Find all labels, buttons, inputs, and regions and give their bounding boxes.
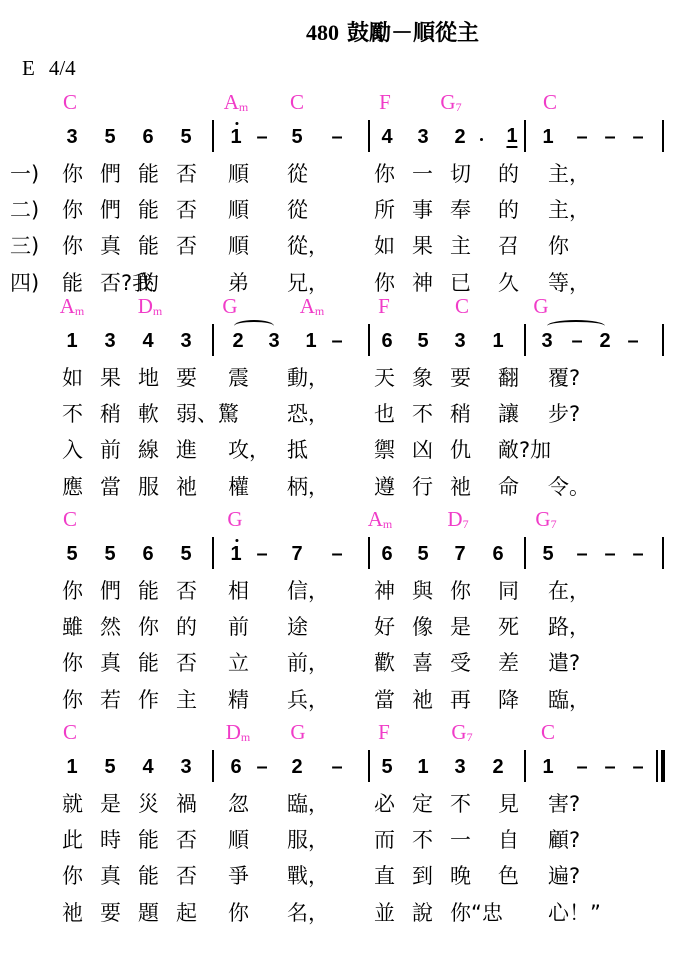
lyric-syllable: 祂 [176,475,197,499]
lyric-syllable: 能 [138,579,159,603]
lyric-syllable: 要 [450,366,471,390]
tie-arc [234,320,274,332]
note: 1 [506,126,517,148]
sustain-dash: – [331,330,342,352]
note: 3 [541,330,552,352]
lyric-syllable: 歡 [374,651,395,675]
note: 5 [104,543,115,565]
chord-symbol: G [222,294,237,319]
note: 6 [142,126,153,148]
lyric-syllable: 要 [176,366,197,390]
chord-quality: m [153,304,162,318]
chord-root: D [226,720,241,744]
lyric-syllable: 否 [176,198,197,222]
chord-symbol: Am [224,90,249,115]
note: 6 [142,543,153,565]
chord-quality: m [315,304,324,318]
lyric-syllable: 祂 [450,475,471,499]
final-barline-thick [661,750,665,782]
lyric-syllable: 雖 [62,615,83,639]
lyric-syllable: 入 [62,438,83,462]
song-title: 480鼓勵－順從主 [0,16,685,47]
lyric-syllable: 你“忠 [450,901,503,925]
lyric-syllable: 的 [176,615,197,639]
barline [524,324,526,356]
lyric-syllable: 覆? [548,366,580,390]
chord-symbol: D7 [447,507,468,532]
note: 6 [492,543,503,565]
sustain-dash: – [576,756,587,778]
lyric-syllable: 信， [287,579,329,603]
lyric-syllable: 你 [62,579,83,603]
time-signature: 4/4 [49,56,76,80]
note: 5 [381,756,392,778]
note: 5 [542,543,553,565]
lyric-syllable: 你 [62,651,83,675]
lyric-syllable: 恐， [287,402,329,426]
lyric-syllable: 你 [228,901,249,925]
lyric-syllable: 是 [450,615,471,639]
sustain-dash: – [604,543,615,565]
lyric-syllable: 一 [412,162,433,186]
lyric-syllable: 禦 [374,438,395,462]
lyric-syllable: 天 [374,366,395,390]
chord-root: G [290,720,305,744]
sustain-dash: – [632,756,643,778]
lyric-syllable: 應 [62,475,83,499]
lyric-syllable: 弱、驚 [176,402,239,426]
note: 1 [305,330,316,352]
lyric-syllable: 你 [374,162,395,186]
lyric-syllable: 從 [287,198,308,222]
lyric-syllable: 相 [228,579,249,603]
lyric-syllable: 否 [176,651,197,675]
lyric-syllable: 好 [374,615,395,639]
note: 3 [268,330,279,352]
lyric-syllable: 動， [287,366,329,390]
chord-root: G [451,720,466,744]
verse-number: 三) [10,234,39,258]
chord-root: C [455,294,469,318]
note: 4 [142,330,153,352]
lyric-syllable: 路， [548,615,590,639]
barline [368,537,370,569]
chord-symbol: C [290,90,304,115]
lyric-syllable: 你 [62,198,83,222]
chord-quality: 7 [456,100,462,114]
lyric-syllable: 自 [498,828,519,852]
lyric-syllable: 久 [498,271,519,295]
lyric-syllable: 不 [450,792,471,816]
chord-root: F [378,294,390,318]
lyric-syllable: 真 [100,234,121,258]
chord-symbol: Am [60,294,85,319]
lyric-syllable: 兄， [287,271,329,295]
note: 3 [454,330,465,352]
lyric-syllable: 受 [450,651,471,675]
lyric-syllable: 等， [548,271,590,295]
lyric-syllable: 真 [100,651,121,675]
note: 1 [230,543,241,565]
verse-number: 四) [10,271,39,295]
chord-root: G [222,294,237,318]
chord-symbol: F [379,90,391,115]
lyric-syllable: 此 [62,828,83,852]
lyric-syllable: 不 [62,402,83,426]
lyric-syllable: 必 [374,792,395,816]
chord-symbol: C [541,720,555,745]
lyric-syllable: 祂 [412,688,433,712]
lyric-syllable: 凶 [412,438,433,462]
note: 6 [381,330,392,352]
lyric-syllable: 你 [450,579,471,603]
lyric-syllable: 禍 [176,792,197,816]
augmentation-dot [480,138,483,141]
lyric-syllable: 時 [100,828,121,852]
lyric-syllable: 服， [287,828,329,852]
lyric-syllable: 直 [374,864,395,888]
chord-symbol: G7 [451,720,472,745]
lyric-syllable: 與 [412,579,433,603]
lyric-syllable: 在， [548,579,590,603]
chord-symbol: Dm [138,294,163,319]
sustain-dash: – [627,330,638,352]
lyric-syllable: 一 [450,828,471,852]
lyric-syllable: 敵?加 [498,438,551,462]
note: 5 [291,126,302,148]
lyric-syllable: 否 [176,864,197,888]
lyric-syllable: 們 [100,198,121,222]
lyric-syllable: 命 [498,475,519,499]
lyric-syllable: 神 [374,579,395,603]
lyric-syllable: 能 [138,828,159,852]
lyric-syllable: 是 [100,792,121,816]
barline [524,120,526,152]
lyric-syllable: 當 [374,688,395,712]
chord-root: C [543,90,557,114]
note: 2 [454,126,465,148]
verse-number: 二) [10,198,39,222]
lyric-syllable: 召 [498,234,519,258]
lyric-syllable: 見 [498,792,519,816]
note: 5 [180,543,191,565]
lyric-syllable: 奉 [450,198,471,222]
lyric-syllable: 地 [138,366,159,390]
lyric-syllable: 抵 [287,438,308,462]
note: 5 [417,330,428,352]
tie-arc [547,320,605,332]
lyric-syllable: 降 [498,688,519,712]
lyric-syllable: 順 [228,234,249,258]
note: 2 [291,756,302,778]
verse-number: 一) [10,162,39,186]
lyric-syllable: 能 [62,271,83,295]
chord-symbol: G7 [440,90,461,115]
lyric-syllable: 服 [138,475,159,499]
sustain-dash: – [632,543,643,565]
lyric-syllable: 然 [100,615,121,639]
chord-root: C [63,720,77,744]
chord-quality: m [241,730,250,744]
lyric-syllable: 不 [412,828,433,852]
lyric-syllable: 色 [498,864,519,888]
lyric-syllable: 要 [100,901,121,925]
note: 3 [180,330,191,352]
chord-symbol: C [63,720,77,745]
note: 5 [104,126,115,148]
barline [368,120,370,152]
lyric-syllable: 軟 [138,402,159,426]
lyric-syllable: 否 [176,234,197,258]
chord-quality: m [383,517,392,531]
sustain-dash: – [604,756,615,778]
lyric-syllable: 順 [228,162,249,186]
lyric-syllable: 果 [100,366,121,390]
lyric-syllable: 前， [287,651,329,675]
lyric-syllable: 從 [287,162,308,186]
lyric-syllable: 臨， [287,792,329,816]
chord-root: A [300,294,315,318]
lyric-syllable: 當 [100,475,121,499]
lyric-syllable: 說 [412,901,433,925]
chord-symbol: G [533,294,548,319]
lyric-syllable: 心！” [548,901,601,925]
lyric-syllable: 象 [412,366,433,390]
chord-symbol: Am [368,507,393,532]
lyric-syllable: 起 [176,901,197,925]
note: 1 [542,126,553,148]
key-signature: E4/4 [22,56,76,81]
chord-root: C [63,507,77,531]
lyric-syllable: 主 [450,234,471,258]
lyric-syllable: 果 [412,234,433,258]
chord-root: C [541,720,555,744]
lyric-syllable: 順 [228,198,249,222]
lyric-syllable: 否 [176,828,197,852]
lyric-syllable: 主， [548,162,590,186]
note: 3 [66,126,77,148]
sustain-dash: – [331,126,342,148]
lyric-syllable: 名， [287,901,329,925]
note: 6 [381,543,392,565]
sustain-dash: – [256,756,267,778]
lyric-syllable: 題 [138,901,159,925]
note: 3 [104,330,115,352]
lyric-syllable: 能 [138,234,159,258]
lyric-syllable: 精 [228,688,249,712]
lyric-syllable: 你 [62,864,83,888]
key-label: E [22,56,35,80]
barline [212,120,214,152]
lyric-syllable: 能 [138,651,159,675]
lyric-syllable: 而 [374,828,395,852]
lyric-syllable: 弟 [228,271,249,295]
chord-symbol: G [227,507,242,532]
note: 1 [66,756,77,778]
lyric-syllable: 否 [176,579,197,603]
lyric-syllable: 如 [374,234,395,258]
note: 4 [142,756,153,778]
lyric-syllable: 立 [228,651,249,675]
lyric-syllable: 真 [100,864,121,888]
lyric-syllable: 攻， [228,438,270,462]
lyric-syllable: 晚 [450,864,471,888]
note: 6 [230,756,241,778]
lyric-syllable: 進 [176,438,197,462]
sustain-dash: – [571,330,582,352]
note: 1 [66,330,77,352]
lyric-syllable: 不 [412,402,433,426]
chord-symbol: C [455,294,469,319]
note: 1 [230,126,241,148]
lyric-syllable: 災 [138,792,159,816]
note: 2 [599,330,610,352]
sustain-dash: – [256,126,267,148]
lyric-syllable: 讓 [498,402,519,426]
lyric-syllable: 權 [228,475,249,499]
chord-symbol: C [543,90,557,115]
lyric-syllable: 仇 [450,438,471,462]
lyric-syllable: 事 [412,198,433,222]
lyric-syllable: 途 [287,615,308,639]
chord-quality: m [75,304,84,318]
chord-root: G [535,507,550,531]
lyric-syllable: 若 [100,688,121,712]
note: 5 [66,543,77,565]
note: 1 [542,756,553,778]
chord-root: A [224,90,239,114]
lyric-syllable: 的 [138,271,159,295]
note: 2 [232,330,243,352]
lyric-syllable: 線 [138,438,159,462]
lyric-syllable: 從， [287,234,329,258]
lyric-syllable: 差 [498,651,519,675]
chord-root: D [447,507,462,531]
lyric-syllable: 們 [100,162,121,186]
lyric-syllable: 稍 [450,402,471,426]
chord-quality: m [239,100,248,114]
lyric-syllable: 主 [176,688,197,712]
barline [212,324,214,356]
sustain-dash: – [331,756,342,778]
sustain-dash: – [576,543,587,565]
lyric-syllable: 步? [548,402,580,426]
note: 7 [291,543,302,565]
note: 3 [454,756,465,778]
note: 3 [417,126,428,148]
lyric-syllable: 否 [176,162,197,186]
lyric-syllable: 能 [138,198,159,222]
sustain-dash: – [604,126,615,148]
lyric-syllable: 遍? [548,864,580,888]
lyric-syllable: 前 [228,615,249,639]
song-name: 鼓勵－順從主 [347,21,479,46]
lyric-syllable: 喜 [412,651,433,675]
chord-root: F [379,90,391,114]
lyric-syllable: 遵 [374,475,395,499]
chord-root: A [368,507,383,531]
lyric-syllable: 能 [138,864,159,888]
barline [662,537,664,569]
lyric-syllable: 令。 [548,475,590,499]
note: 5 [417,543,428,565]
chord-symbol: Dm [226,720,251,745]
chord-root: C [290,90,304,114]
lyric-syllable: 並 [374,901,395,925]
chord-symbol: F [378,294,390,319]
chord-symbol: G [290,720,305,745]
lyric-syllable: 如 [62,366,83,390]
barline [662,324,664,356]
barline [524,537,526,569]
lyric-syllable: 所 [374,198,395,222]
note: 5 [180,126,191,148]
chord-root: F [378,720,390,744]
chord-root: A [60,294,75,318]
note: 5 [104,756,115,778]
lyric-syllable: 作 [138,688,159,712]
lyric-syllable: 稍 [100,402,121,426]
chord-symbol: C [63,507,77,532]
lyric-syllable: 你 [62,234,83,258]
lyric-syllable: 祂 [62,901,83,925]
lyric-syllable: 你 [548,234,569,258]
lyric-syllable: 切 [450,162,471,186]
lyric-syllable: 兵， [287,688,329,712]
barline [212,537,214,569]
lyric-syllable: 害? [548,792,580,816]
lyric-syllable: 順 [228,828,249,852]
note: 1 [417,756,428,778]
chord-root: G [533,294,548,318]
chord-root: G [227,507,242,531]
lyric-syllable: 你 [374,271,395,295]
lyric-syllable: 死 [498,615,519,639]
chord-root: G [440,90,455,114]
chord-root: C [63,90,77,114]
lyric-syllable: 顧? [548,828,580,852]
chord-symbol: F [378,720,390,745]
barline [524,750,526,782]
lyric-syllable: 也 [374,402,395,426]
lyric-syllable: 你 [62,162,83,186]
lyric-syllable: 爭 [228,864,249,888]
final-barline-thin [656,750,658,782]
lyric-syllable: 你 [138,615,159,639]
barline [212,750,214,782]
chord-quality: 7 [463,517,469,531]
lyric-syllable: 的 [498,162,519,186]
lyric-syllable: 翻 [498,366,519,390]
sustain-dash: – [256,543,267,565]
barline [662,120,664,152]
note: 2 [492,756,503,778]
lyric-syllable: 再 [450,688,471,712]
chord-symbol: Am [300,294,325,319]
sustain-dash: – [576,126,587,148]
lyric-syllable: 的 [498,198,519,222]
lyric-syllable: 同 [498,579,519,603]
lyric-syllable: 主， [548,198,590,222]
lyric-syllable: 震 [228,366,249,390]
note: 4 [381,126,392,148]
lyric-syllable: 你 [62,688,83,712]
lyric-syllable: 柄， [287,475,329,499]
chord-root: D [138,294,153,318]
lyric-syllable: 能 [138,162,159,186]
lyric-syllable: 定 [412,792,433,816]
lyric-syllable: 到 [412,864,433,888]
